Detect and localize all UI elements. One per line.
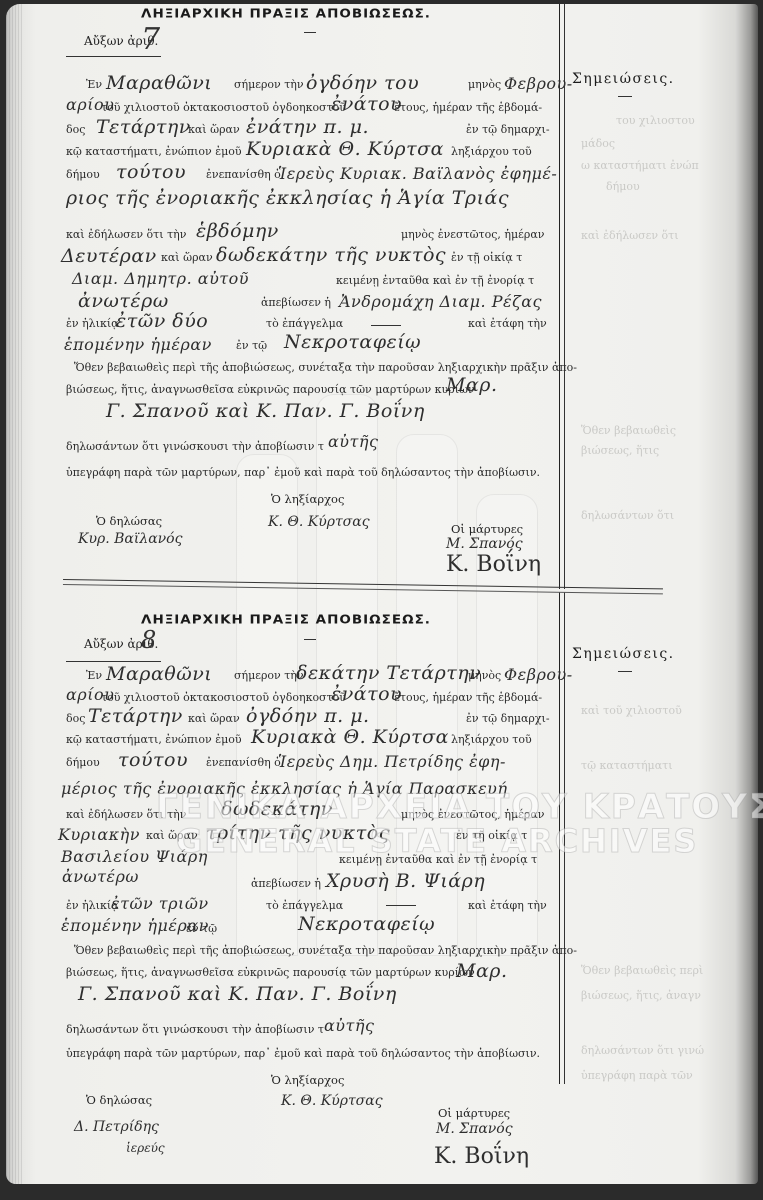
serial-number: 8 [141,626,156,654]
title-dash [304,32,316,33]
form-line-16: δηλωσάντων ὅτι γινώσκουσι τὴν ἀποβίωσιν … [6,436,561,456]
notes-heading-2: Σημειώσεις. [572,646,675,662]
form-line-4: κῷ καταστήματι, ἐνώπιον ἐμοῦ Κυριακὰ Θ. … [6,729,561,749]
form-line-2: αρίου τοῦ χιλιοστοῦ ὀκτακοσιοστοῦ ὀγδοηκ… [6,97,561,117]
form-line-13: Ὅθεν βεβαιωθεὶς περὶ τῆς ἀποβιώσεως, συν… [6,940,561,960]
form-line-15: Γ. Σπανοῦ καὶ Κ. Παν. Γ. Βοΐνη [6,985,561,1005]
form-line-1: Ἐν Μαραθῶνι σήμερον τὴν ὀγδόην του μηνὸς… [6,74,561,94]
form-line-11: ἐν ἡλικίᾳ ἐτῶν δύο τὸ ἐπάγγελμα καὶ ἐτάφ… [6,313,561,333]
form-line-17: ὑπεγράφη παρὰ τῶν μαρτύρων, παρ᾽ ἐμοῦ κα… [6,462,561,482]
witness-2-signature: Κ. Βοΐνη [446,552,541,577]
notes-dash-1 [618,96,632,97]
ledger-page: Σημειώσεις. Σημειώσεις. του χιλιοστου μά… [6,4,758,1184]
form-line-3: δος Τετάρτην καὶ ὥραν ὀγδόην π. μ. ἐν τῷ… [6,708,561,728]
form-line-1: Ἐν Μαραθῶνι σήμερον τὴν δεκάτην Τετάρτην… [6,665,561,685]
form-line-4: κῷ καταστήματι, ἐνώπιον ἐμοῦ Κυριακὰ Θ. … [6,141,561,161]
registrar-signature: Κ. Θ. Κύρτσας [281,1093,383,1109]
witness-2-signature: Κ. Βοΐνη [434,1144,529,1169]
form-line-9: Διαμ. Δημητρ. αὐτοῦ κειμένῃ ἐνταῦθα καὶ … [6,270,561,290]
form-line-10: ἀνωτέρω ἀπεβίωσεν ἡ Ἀνδρομάχη Διαμ. Ρέζα… [6,292,561,312]
record-title: ΛΗΞΙΑΡΧΙΚΗ ΠΡΑΞΙΣ ΑΠΟΒΙΩΣΕΩΣ. [141,613,431,627]
form-line-17: ὑπεγράφη παρὰ τῶν μαρτύρων, παρ᾽ ἐμοῦ κα… [6,1043,561,1063]
serial-underline [66,56,161,57]
form-line-2: αρίου τοῦ χιλιοστοῦ ὀκτακοσιοστοῦ ὀγδοηκ… [6,687,561,707]
witness-1-signature: Μ. Σπανός [446,536,523,552]
form-line-5: δήμου τούτου ἐνεπανίσθη ὁ Ἱερεὺς Δημ. Πε… [6,752,561,772]
form-line-8: Δευτέραν καὶ ὥραν δωδεκάτην τῆς νυκτὸς ἐ… [6,247,561,267]
form-line-14: βιώσεως, ἥτις, ἀναγνωσθεῖσα εὐκρινῶς παρ… [6,379,561,399]
registrar-label: Ὁ ληξίαρχος [271,492,344,506]
serial-number: 7 [141,22,160,57]
title-dash [304,639,316,640]
record-title: ΛΗΞΙΑΡΧΙΚΗ ΠΡΑΞΙΣ ΑΠΟΒΙΩΣΕΩΣ. [141,7,431,21]
serial-underline [66,661,161,662]
form-line-11: ἐν ἡλικίᾳ ἐτῶν τριῶν τὸ ἐπάγγελμα καὶ ἐτ… [6,895,561,915]
witness-1-signature: Μ. Σπανός [436,1121,513,1137]
form-line-14: βιώσεως, ἥτις, ἀναγνωσθεῖσα εὐκρινῶς παρ… [6,962,561,982]
form-line-3: δος Τετάρτην καὶ ὥραν ἐνάτην π. μ. ἐν τῷ… [6,119,561,139]
form-line-12: ἑπομένην ἡμέραν ἐν τῷ Νεκροταφείῳ [6,918,561,938]
registrar-signature: Κ. Θ. Κύρτσας [268,514,370,530]
witnesses-label: Οἱ μάρτυρες [438,1106,510,1120]
declarant-label: Ὁ δηλώσας [96,514,162,528]
declarant-signature: Κυρ. Βαϊλανός [78,531,182,547]
form-line-7: καὶ ἐδήλωσεν ὅτι τὴν ἑβδόμην μηνὸς ἐνεστ… [6,224,561,244]
watermark-english: GENERAL STATE ARCHIVES [176,822,698,860]
witnesses-label: Οἱ μάρτυρες [451,522,523,536]
declarant-signature-title: ἱερεύς [126,1141,165,1155]
notes-heading-1: Σημειώσεις. [572,71,675,87]
form-line-5: δήμου τούτου ἐνεπανίσθη ὁ Ἱερεὺς Κυριακ.… [6,164,561,184]
form-line-12: ἑπομένην ἡμέραν ἐν τῷ Νεκροταφείῳ [6,335,561,355]
watermark-greek: ΓΕΝΙΚΑ ΑΡΧΕΙΑ ΤΟΥ ΚΡΑΤΟΥΣ [156,787,763,827]
form-line-6: ριος τῆς ἐνοριακῆς ἐκκλησίας ἡ Ἁγία Τριά… [6,190,561,210]
declarant-signature: Δ. Πετρίδης [74,1119,159,1135]
declarant-label: Ὁ δηλώσας [86,1093,152,1107]
form-line-16: δηλωσάντων ὅτι γινώσκουσι τὴν ἀποβίωσιν … [6,1019,561,1039]
form-line-10: ἀνωτέρω ἀπεβίωσεν ἡ Χρυσὴ Β. Ψιάρη [6,873,561,893]
form-line-15: Γ. Σπανοῦ καὶ Κ. Παν. Γ. Βοΐνη [6,402,561,422]
notes-dash-2 [618,671,632,672]
registrar-label: Ὁ ληξίαρχος [271,1073,344,1087]
